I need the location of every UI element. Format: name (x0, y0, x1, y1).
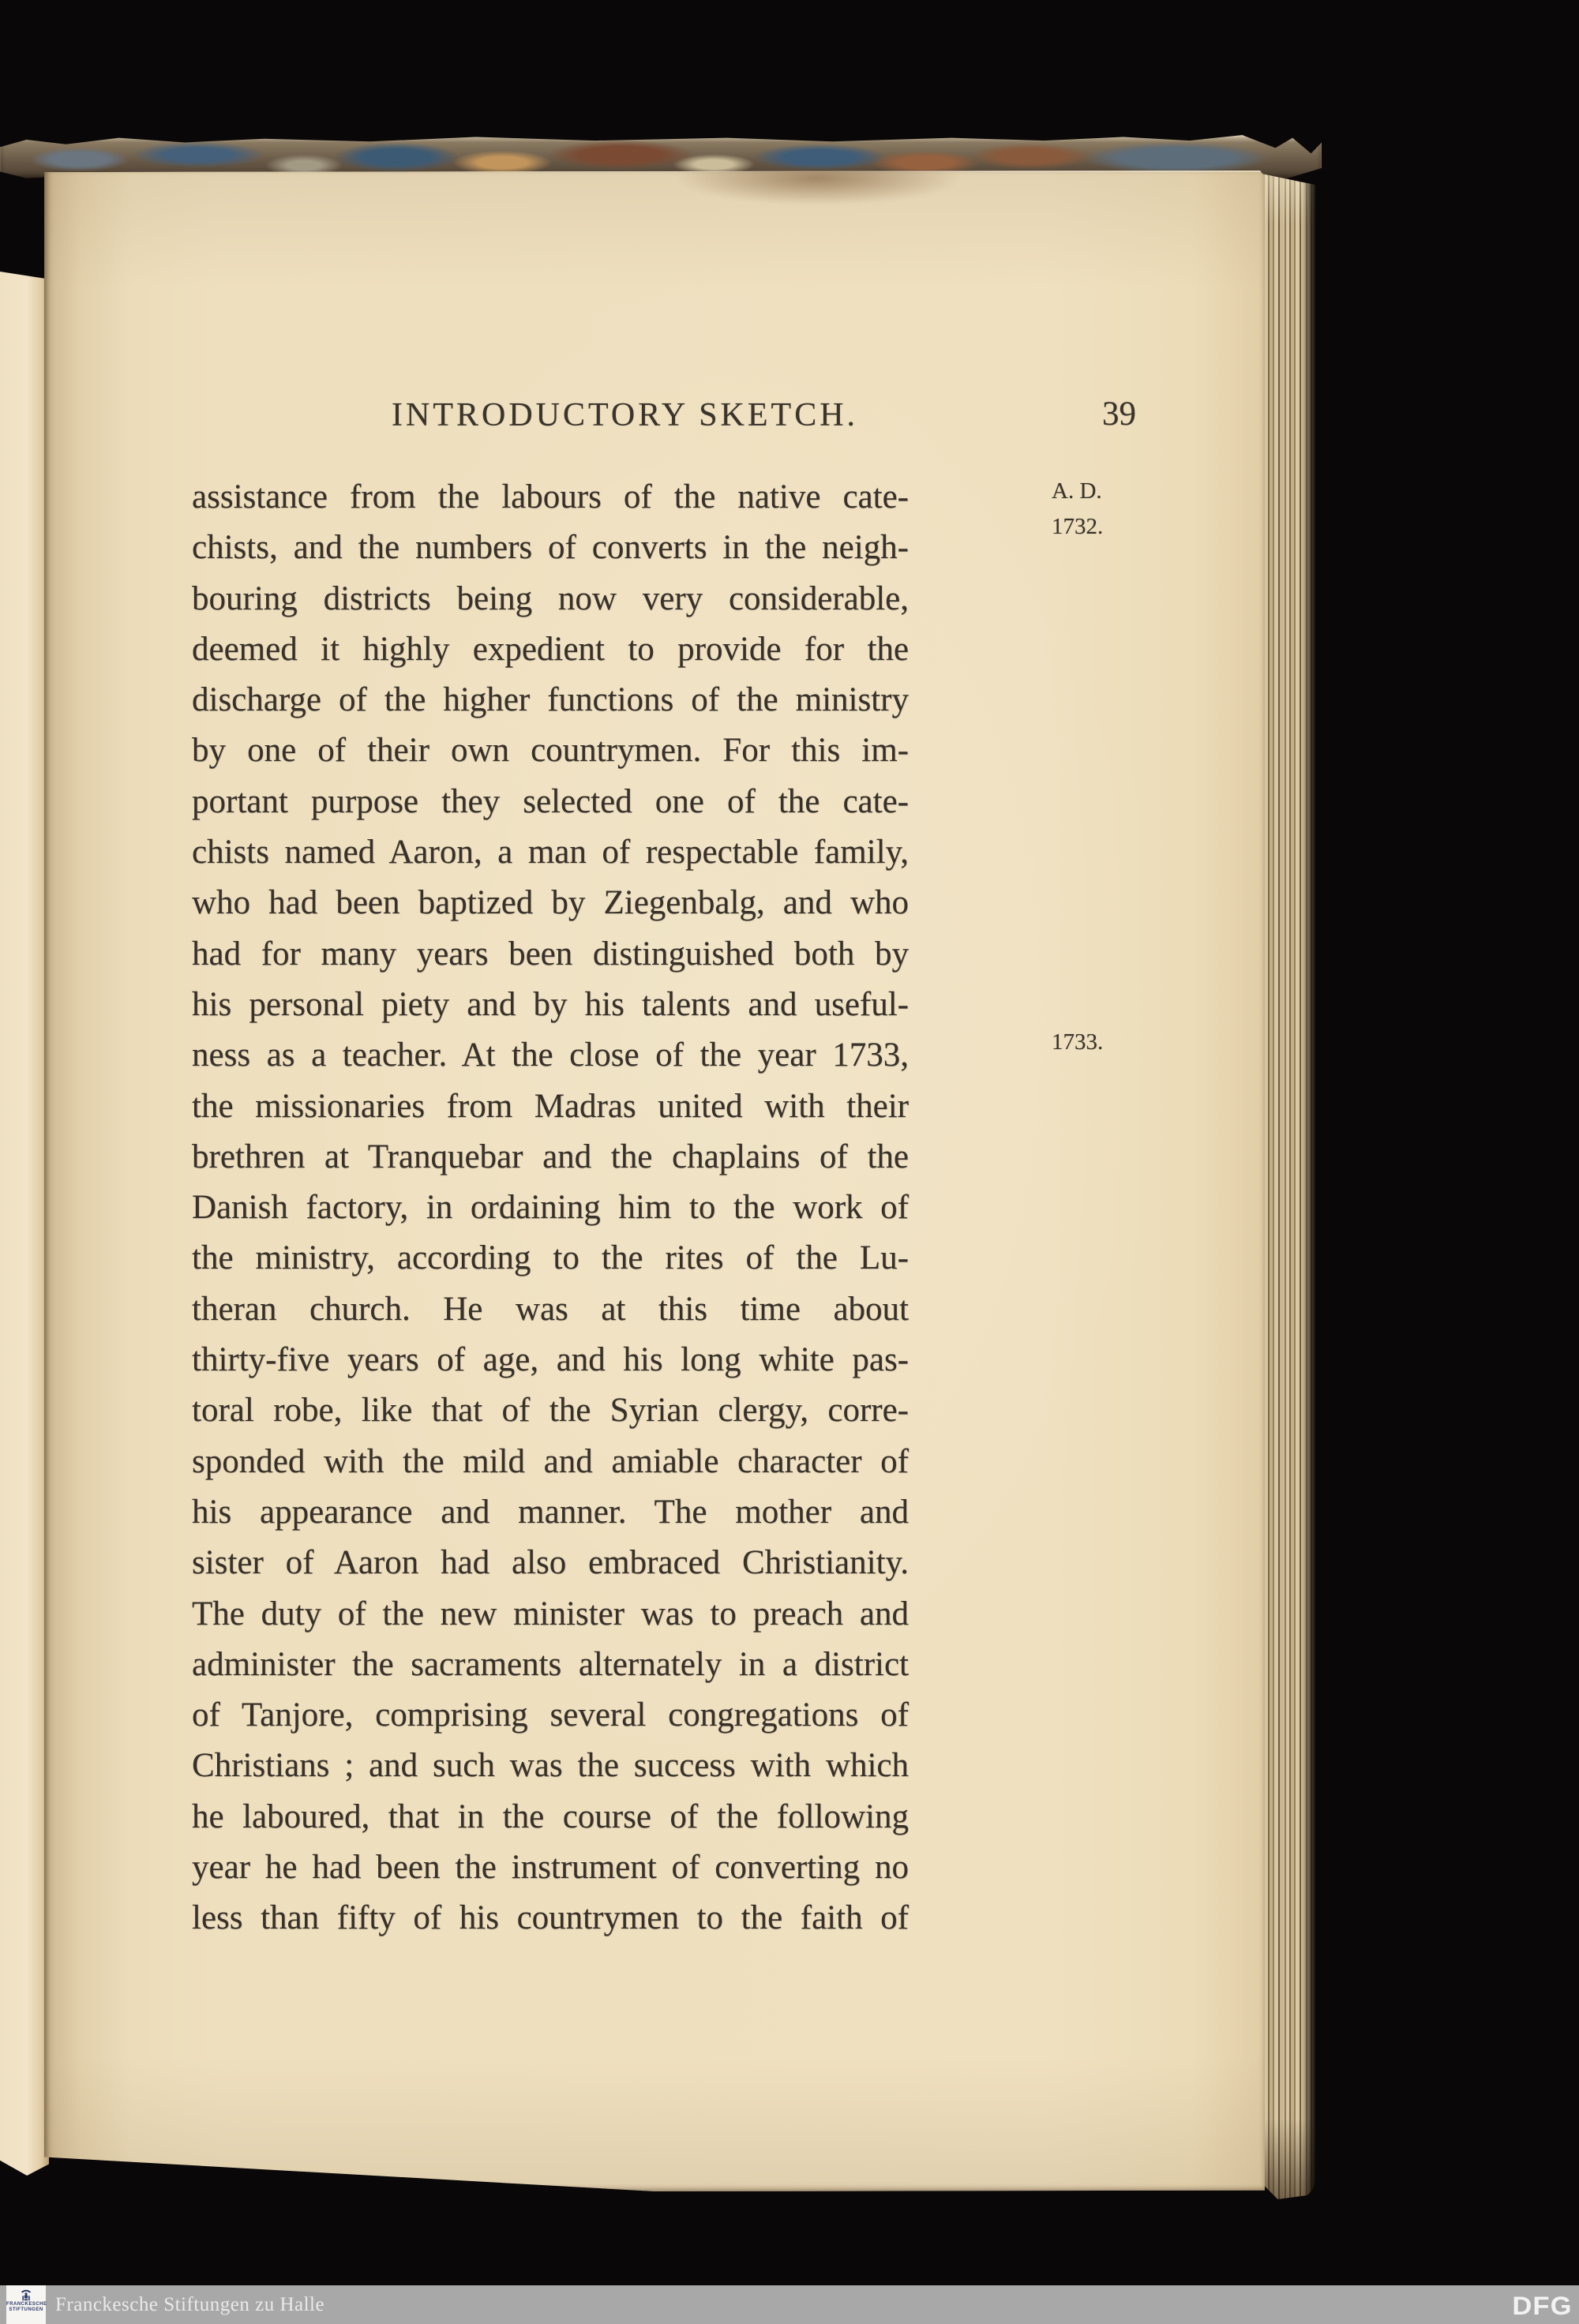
margin-note-year-1733: 1733. (1052, 1025, 1103, 1060)
margin-note-ad-label: A. D. (1052, 474, 1103, 509)
text-line: thirty-five years of age, and his long w… (192, 1335, 909, 1385)
text-line: his appearance and manner. The mother an… (192, 1487, 909, 1538)
text-line: the ministry, according to the rites of … (192, 1233, 909, 1284)
text-line: deemed it highly expedient to provide fo… (192, 624, 909, 675)
text-line: ness as a teacher. At the close of the y… (192, 1030, 909, 1081)
text-line: year he had been the instrument of conve… (192, 1842, 909, 1893)
edge-stain (660, 167, 976, 216)
text-line: he laboured, that in the course of the f… (192, 1792, 909, 1842)
logo-caption-line2: STIFTUNGEN (9, 2307, 43, 2312)
margin-note-year-1732: 1732. (1052, 509, 1103, 545)
logo-caption-line1: FRANCKESCHE (6, 2302, 47, 2307)
page-number: 39 (1102, 395, 1136, 433)
book-page: INTRODUCTORY SKETCH. 39 A. D. 1732. 1733… (44, 171, 1265, 2191)
viewer-footer-bar: FRANCKESCHE STIFTUNGEN Franckesche Stift… (0, 2285, 1579, 2324)
text-line: by one of their own countrymen. For this… (192, 725, 909, 776)
text-line: chists, and the numbers of converts in t… (192, 523, 909, 573)
institution-name: Franckesche Stiftungen zu Halle (55, 2285, 324, 2324)
text-line: sister of Aaron had also embraced Christ… (192, 1538, 909, 1588)
text-line: less than fifty of his countrymen to the… (192, 1893, 909, 1944)
franckesche-logo-icon (19, 2288, 33, 2302)
text-line: The duty of the new minister was to prea… (192, 1589, 909, 1640)
text-line: portant purpose they selected one of the… (192, 777, 909, 827)
text-line: administer the sacraments alternately in… (192, 1640, 909, 1690)
text-line: assistance from the labours of the nativ… (192, 472, 909, 523)
text-line: chists named Aaron, a man of respectable… (192, 827, 909, 878)
text-line: discharge of the higher functions of the… (192, 675, 909, 725)
text-line: brethren at Tranquebar and the chaplains… (192, 1132, 909, 1183)
text-line: his personal piety and by his talents an… (192, 980, 909, 1030)
text-line: the missionaries from Madras united with… (192, 1081, 909, 1132)
margin-note-1733: 1733. (1052, 1025, 1103, 1060)
text-line: had for many years been distinguished bo… (192, 929, 909, 980)
text-line: Christians ; and such was the success wi… (192, 1741, 909, 1791)
dfg-logo: DFG (1513, 2292, 1573, 2321)
text-line: theran church. He was at this time about (192, 1284, 909, 1335)
text-line: of Tanjore, comprising several congregat… (192, 1690, 909, 1741)
text-line: toral robe, like that of the Syrian cler… (192, 1385, 909, 1436)
margin-note-1732: A. D. 1732. (1052, 474, 1103, 545)
text-line: who had been baptized by Ziegenbalg, and… (192, 878, 909, 928)
page-stack-fore-edge (1262, 174, 1315, 2199)
text-line: Danish factory, in ordaining him to the … (192, 1183, 909, 1233)
scanned-book-page-view: INTRODUCTORY SKETCH. 39 A. D. 1732. 1733… (0, 0, 1579, 2324)
franckesche-stiftungen-logo: FRANCKESCHE STIFTUNGEN (6, 2285, 46, 2324)
text-line: bouring districts being now very conside… (192, 574, 909, 624)
body-text-block: assistance from the labours of the nativ… (192, 472, 909, 1944)
text-line: sponded with the mild and amiable charac… (192, 1437, 909, 1487)
left-page-edge (0, 272, 49, 2176)
logo-caption: FRANCKESCHE STIFTUNGEN (6, 2302, 46, 2313)
running-head: INTRODUCTORY SKETCH. (392, 396, 858, 434)
